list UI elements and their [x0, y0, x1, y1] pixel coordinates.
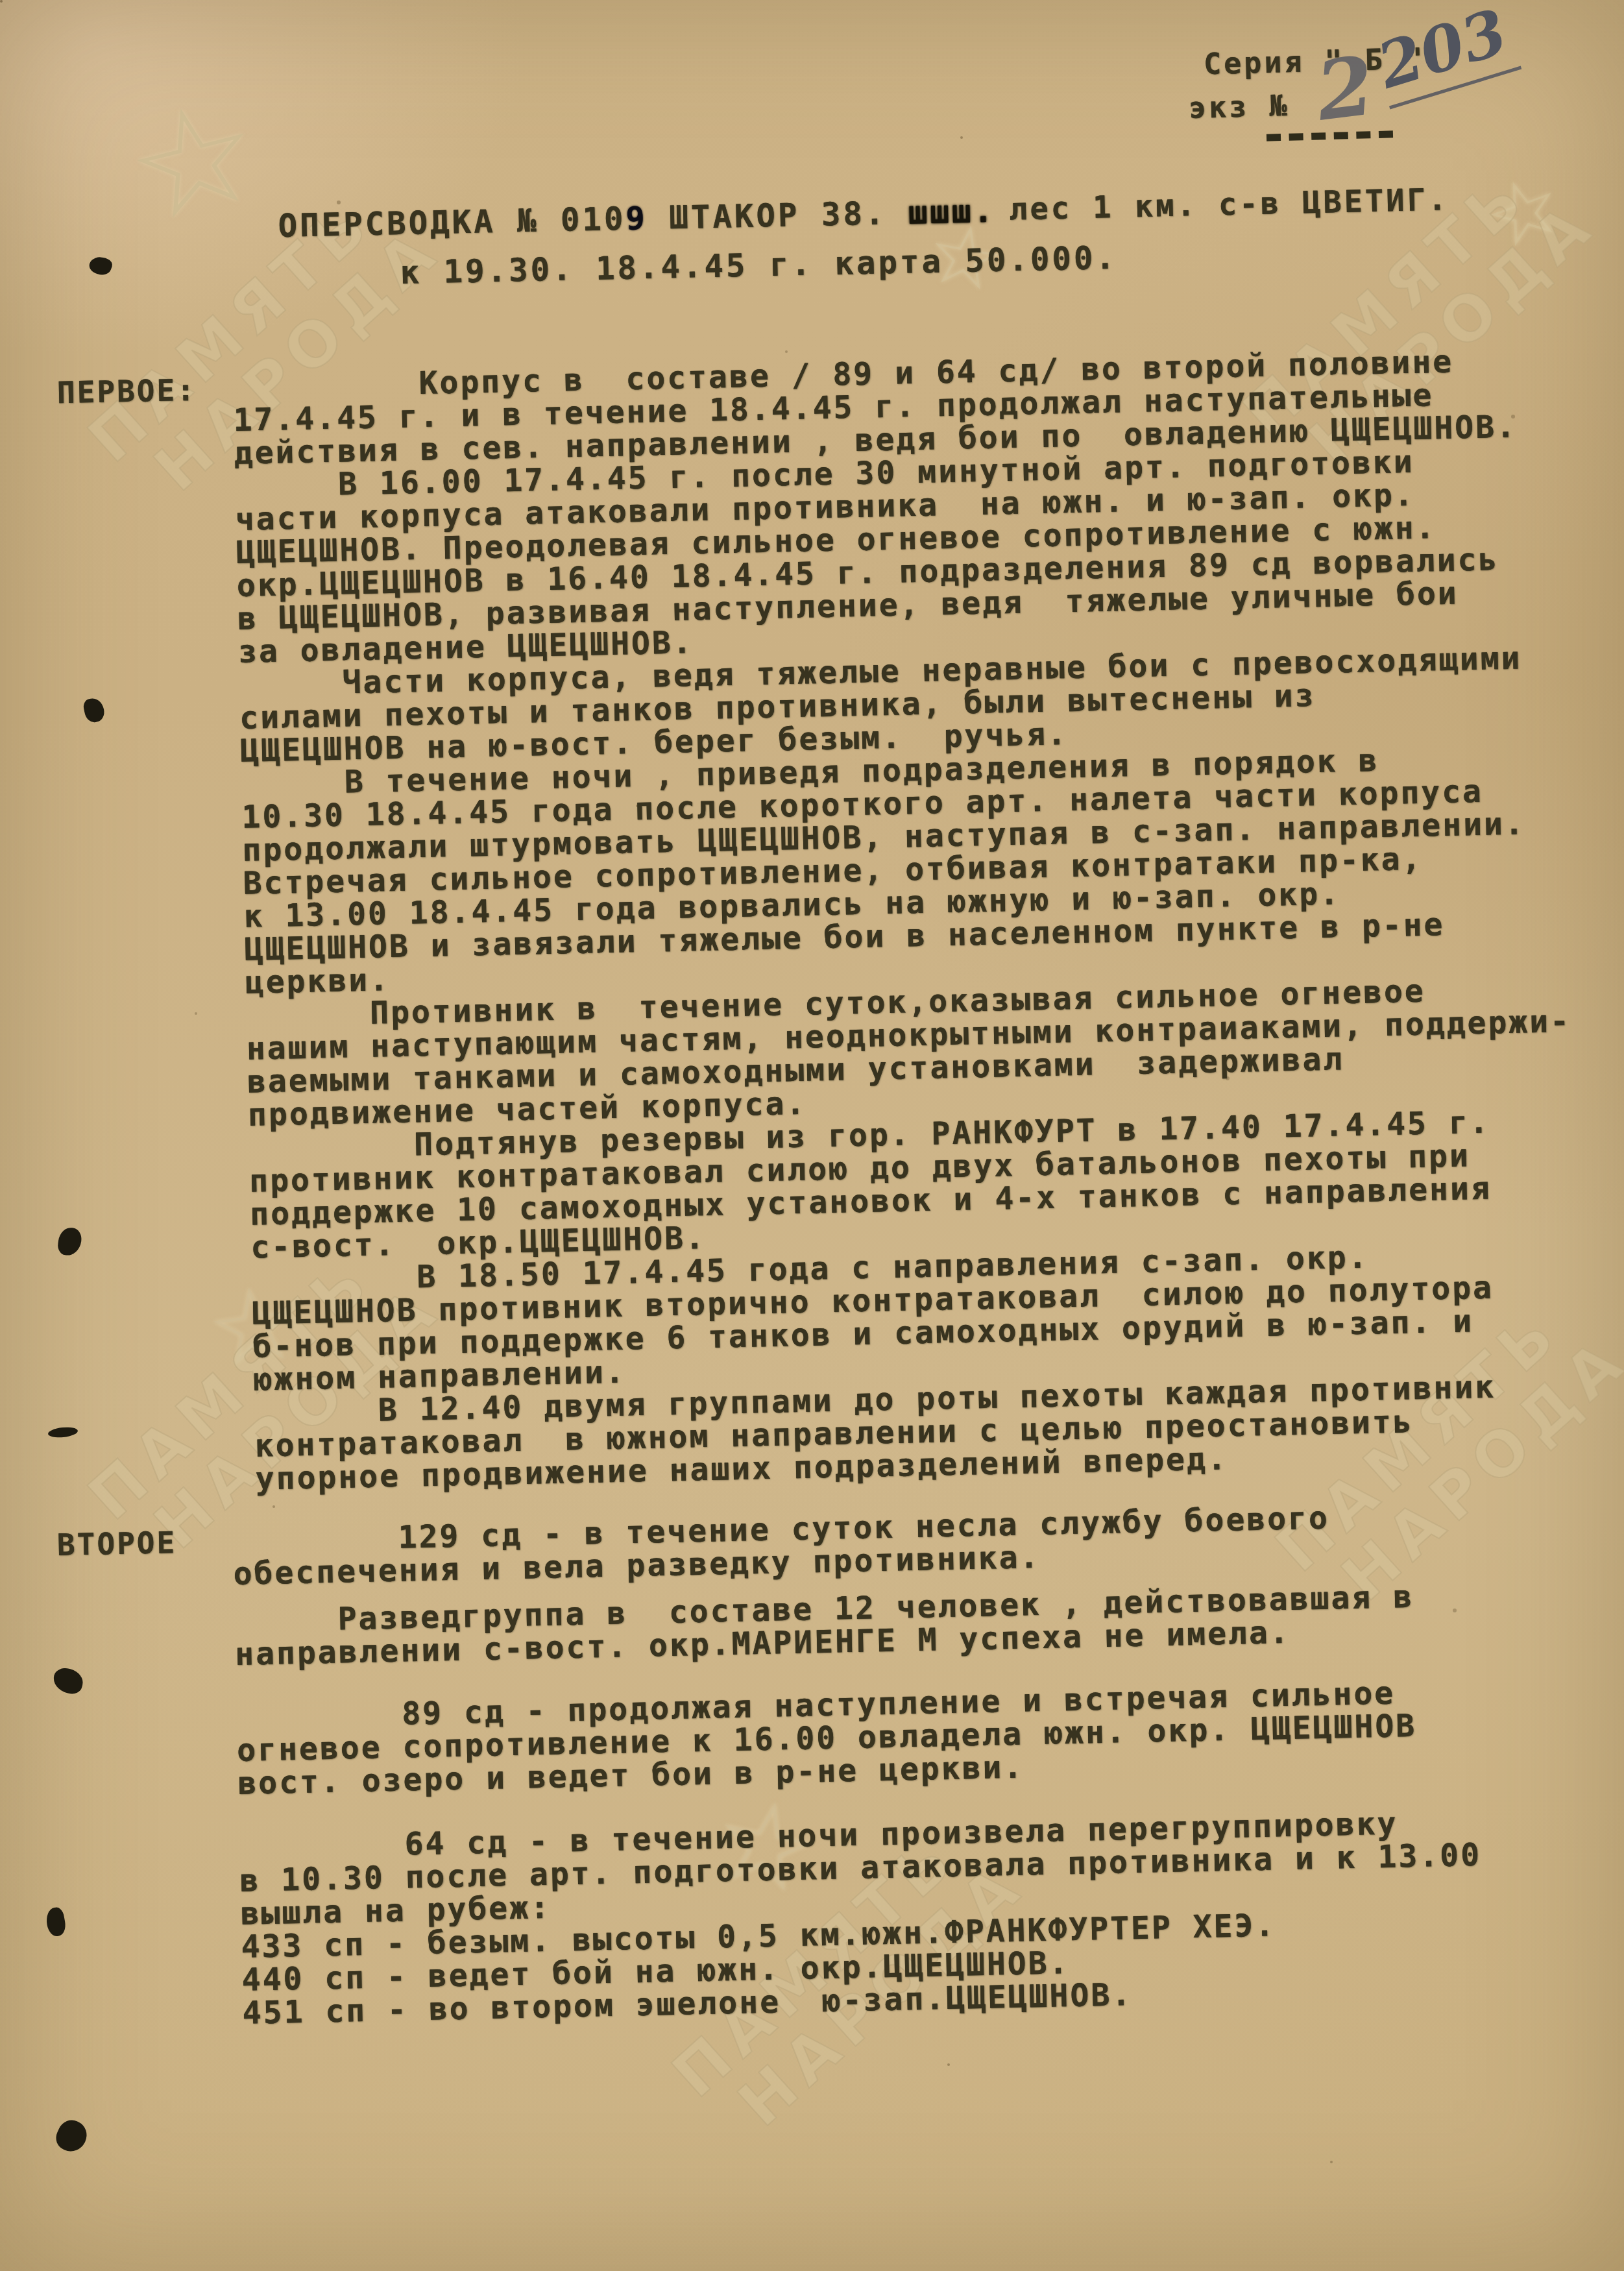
section-pervoe-body: Корпус в составе / 89 и 64 сд/ во второй… — [232, 343, 1586, 1496]
overstruck-digit: 9 — [625, 200, 648, 237]
paragraph: 89 сд - продолжая наступление и встречая… — [236, 1673, 1568, 1801]
paragraph: Корпус в составе / 89 и 64 сд/ во второй… — [232, 343, 1568, 669]
ink-mark — [47, 1426, 78, 1439]
scanned-document-page: ☆ ☆ ☆ ☆ ☆ ПАМЯТЬ НАРОДА ПАМЯТЬ НАРОДА ПА… — [0, 0, 1624, 2271]
copy-number-label: экз № — [1188, 88, 1290, 125]
paper-speckles — [0, 0, 3, 3]
ink-mark — [87, 254, 114, 278]
star-watermark-icon: ☆ — [112, 65, 276, 257]
ink-mark — [51, 1666, 86, 1696]
document-title-line2: к 19.30. 18.4.45 г. карта 50.000. — [400, 239, 1117, 291]
paragraph: 129 сд - в течение суток несла службу бо… — [232, 1497, 1564, 1591]
paragraph: 64 сд - в течение ночи произвела перегру… — [239, 1804, 1573, 2030]
title-text: ОПЕРСВОДКА № 010 — [278, 200, 626, 245]
handwritten-copy-number: 2 — [1311, 38, 1379, 140]
section-label-pervoe: ПЕРВОЕ: — [56, 372, 197, 410]
paragraph: В течение ночи , приведя подразделения в… — [241, 740, 1575, 1000]
section-label-vtoroe: ВТОРОЕ — [56, 1525, 176, 1562]
punch-hole-mark — [52, 2116, 91, 2157]
handwritten-page-number: 203 — [1367, 0, 1522, 109]
paragraph: Разведгруппа в составе 12 человек , дейс… — [234, 1577, 1566, 1671]
overtyped-text: шшш. — [908, 193, 995, 232]
section-vtoroe-body: 129 сд - в течение суток несла службу бо… — [232, 1497, 1573, 2030]
ink-mark — [82, 696, 106, 723]
ink-mark — [44, 1906, 67, 1937]
title-text: ШТАКОР 38. — [647, 195, 908, 237]
title-location-annotation: лес 1 км. с-в ЦВЕТИГ. — [1008, 182, 1449, 227]
ink-mark — [56, 1226, 83, 1257]
